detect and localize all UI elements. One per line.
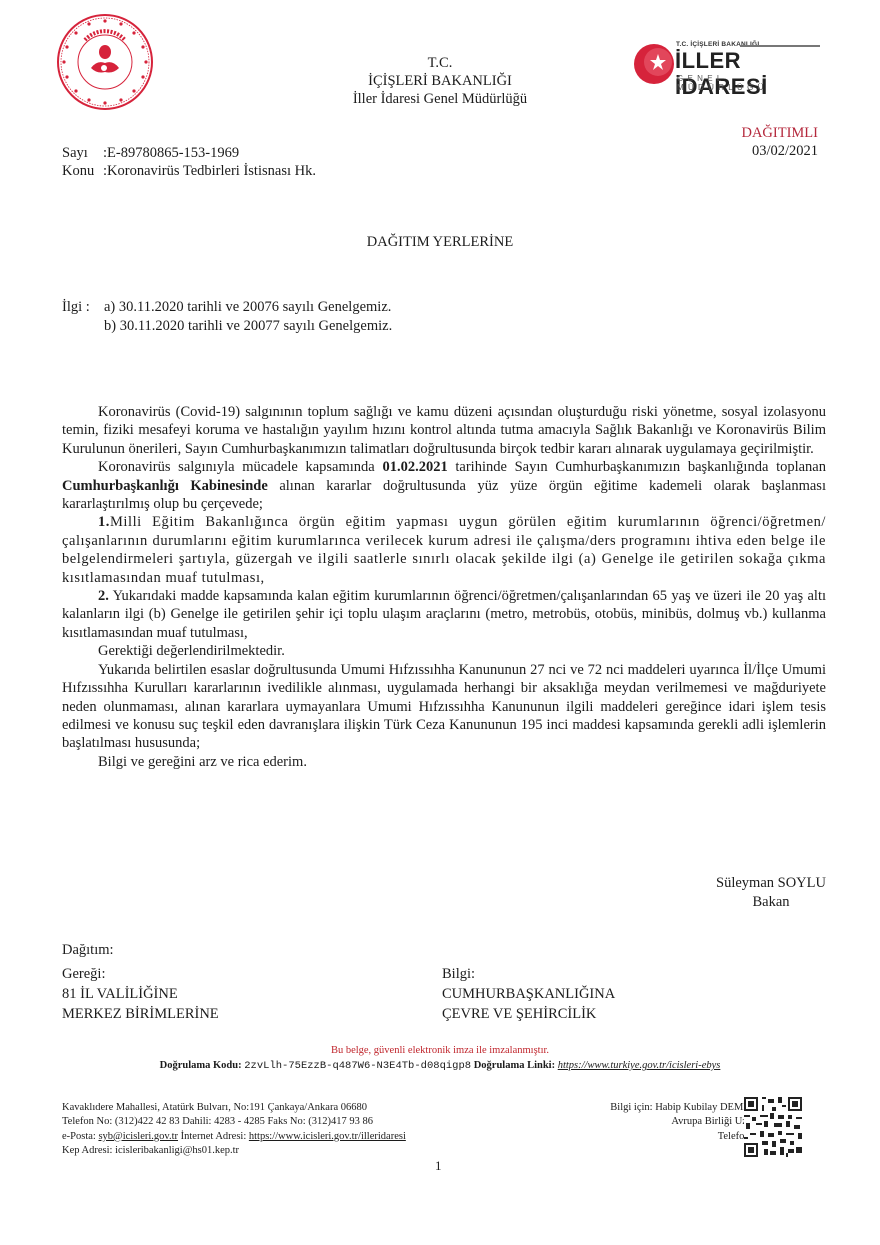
addressee: DAĞITIM YERLERİNE — [0, 234, 880, 251]
paragraph-4: Yukarıda belirtilen esaslar doğrultusund… — [62, 661, 826, 753]
qr-code-icon — [744, 1097, 802, 1157]
email-link[interactable]: syb@icisleri.gov.tr — [98, 1131, 178, 1142]
page-number: 1 — [435, 1158, 442, 1174]
verification-line: Doğrulama Kodu: 2zvLlh-75EzzB-q487W6-N3E… — [0, 1058, 880, 1074]
item-1-text: Milli Eğitim Bakanlığınca örgün eğitim y… — [62, 514, 826, 585]
header-directorate: İller İdaresi Genel Müdürlüğü — [250, 90, 630, 108]
signature-block: Süleyman SOYLU Bakan — [716, 874, 826, 912]
distribution-label: Dağıtım: — [62, 940, 114, 960]
geregi-item: MERKEZ BİRİMLERİNE — [62, 1004, 219, 1024]
iller-idaresi-logo: T.C. İÇİŞLERİ BAKANLIĞI İLLER İDARESİ GE… — [632, 40, 822, 90]
ilgi-b: b) 30.11.2020 tarihli ve 20077 sayılı Ge… — [104, 317, 392, 335]
item-1-number: 1. — [98, 514, 110, 530]
p2-text-b: tarihinde Sayın Cumhurbaşkanımızın başka… — [448, 459, 826, 475]
verification-block: Bu belge, güvenli elektronik imza ile im… — [0, 1043, 880, 1074]
footer-email-web: e-Posta: syb@icisleri.gov.tr İnternet Ad… — [62, 1130, 406, 1144]
p2-text-a: Koronavirüs salgınıyla mücadele kapsamın… — [98, 459, 382, 475]
ministry-seal-icon — [55, 12, 155, 112]
item-2: 2. Yukarıdaki madde kapsamında kalan eği… — [62, 587, 826, 642]
bilgi-label: Bilgi: — [442, 964, 615, 984]
sayi-label: Sayı — [62, 144, 88, 162]
letter-body: Koronavirüs (Covid-19) salgınının toplum… — [62, 403, 826, 771]
bilgi-item: CUMHURBAŞKANLIĞINA — [442, 984, 615, 1004]
verification-code-label: Doğrulama Kodu: — [160, 1060, 242, 1071]
crescent-star-logo-icon — [632, 42, 674, 86]
bilgi-list: Bilgi: CUMHURBAŞKANLIĞINA ÇEVRE VE ŞEHİR… — [442, 964, 615, 1024]
konu-value: :Koronavirüs Tedbirleri İstisnası Hk. — [103, 162, 316, 180]
verification-code: 2zvLlh-75EzzB-q487W6-N3E4Tb-d08qigp8 — [244, 1060, 471, 1072]
item-2-text: Yukarıdaki madde kapsamında kalan eğitim… — [62, 588, 826, 641]
ilgi-a: a) 30.11.2020 tarihli ve 20076 sayılı Ge… — [104, 298, 391, 316]
signer-title: Bakan — [716, 893, 826, 912]
geregi-list: Gereği: 81 İL VALİLİĞİNE MERKEZ BİRİMLER… — [62, 964, 219, 1024]
document-date: 03/02/2021 — [752, 142, 818, 160]
item-2-number: 2. — [98, 588, 109, 604]
header-ministry: İÇİŞLERİ BAKANLIĞI — [250, 72, 630, 90]
geregi-label: Gereği: — [62, 964, 219, 984]
e-signature-notice: Bu belge, güvenli elektronik imza ile im… — [0, 1043, 880, 1058]
signer-name: Süleyman SOYLU — [716, 874, 826, 893]
header-tc: T.C. — [250, 54, 630, 72]
meeting-date: 01.02.2021 — [382, 459, 447, 475]
konu-label: Konu — [62, 162, 94, 180]
sayi-value: :E-89780865-153-1969 — [103, 144, 239, 162]
ilgi-label: İlgi : — [62, 298, 90, 316]
web-label: İnternet Adresi: — [178, 1131, 249, 1142]
distribution-flag: DAĞITIMLI — [741, 124, 818, 142]
paragraph-2: Koronavirüs salgınıyla mücadele kapsamın… — [62, 458, 826, 513]
logo-sub-text: GENEL MÜDÜRLÜĞÜ — [677, 74, 822, 92]
footer-address-block: Kavaklıdere Mahallesi, Atatürk Bulvarı, … — [62, 1101, 406, 1158]
footer-phone: Telefon No: (312)422 42 83 Dahili: 4283 … — [62, 1115, 406, 1129]
verification-link-label: Doğrulama Linki: — [474, 1060, 555, 1071]
bilgi-item: ÇEVRE VE ŞEHİRCİLİK — [442, 1004, 615, 1024]
email-label: e-Posta: — [62, 1131, 98, 1142]
cabinet-name: Cumhurbaşkanlığı Kabinesinde — [62, 478, 268, 494]
item-1: 1.Milli Eğitim Bakanlığınca örgün eğitim… — [62, 513, 826, 587]
logo-rule — [740, 45, 820, 47]
footer-address: Kavaklıdere Mahallesi, Atatürk Bulvarı, … — [62, 1101, 406, 1115]
paragraph-3: Gerektiği değerlendirilmektedir. — [62, 642, 826, 660]
web-link[interactable]: https://www.icisleri.gov.tr/illeridaresi — [249, 1131, 406, 1142]
geregi-item: 81 İL VALİLİĞİNE — [62, 984, 219, 1004]
paragraph-1: Koronavirüs (Covid-19) salgınının toplum… — [62, 403, 826, 458]
footer-kep: Kep Adresi: icisleribakanligi@hs01.kep.t… — [62, 1144, 406, 1158]
paragraph-5: Bilgi ve gereğini arz ve rica ederim. — [62, 753, 826, 771]
verification-link[interactable]: https://www.turkiye.gov.tr/icisleri-ebys — [558, 1060, 721, 1071]
